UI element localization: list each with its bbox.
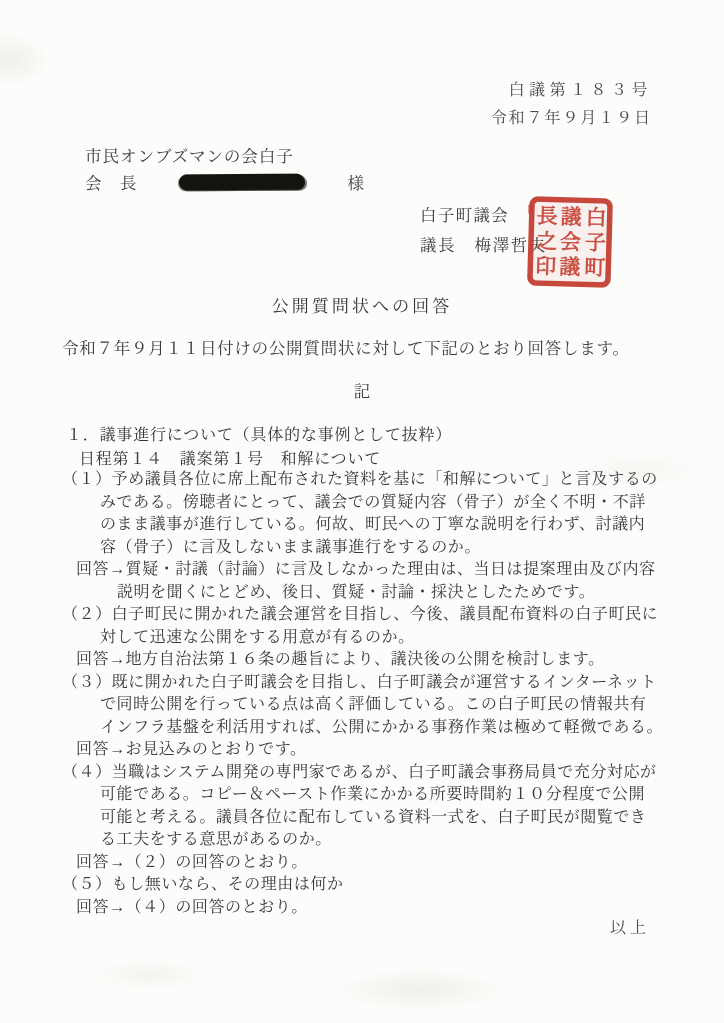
svg-text:議: 議 bbox=[559, 255, 581, 280]
document-number: 白議第１８３号 bbox=[509, 77, 652, 100]
body-line: みである。傍聴者にとって、議会での質疑内容（骨子）が全く不明・不詳 bbox=[0, 492, 724, 515]
body-line: 可能である。コピー＆ペースト作業にかかる所要時間約１０分程度で公開 bbox=[0, 784, 724, 807]
body-line: （４）当職はシステム開発の専門家であるが、白子町議会事務局員で充分対応が bbox=[0, 762, 724, 785]
redacted-name-bar bbox=[179, 174, 305, 191]
recipient-line: 会 長 様 bbox=[85, 170, 365, 194]
document-intro: 令和７年９月１１日付けの公開質問状に対して下記のとおり回答します。 bbox=[62, 335, 630, 359]
body-line: 回答→（２）の回答のとおり。 bbox=[0, 852, 724, 875]
svg-text:之: 之 bbox=[536, 229, 558, 254]
closing-marker: 以上 bbox=[610, 915, 650, 938]
body-line: （２）白子町民に開かれた議会運営を目指し、今後、議員配布資料の白子町民に bbox=[0, 604, 724, 627]
record-marker: 記 bbox=[0, 378, 724, 402]
recipient-title: 会 長 bbox=[85, 170, 137, 194]
body-line: 回答→質疑・討議（討論）に言及しなかった理由は、当日は提案理由及び内容 bbox=[0, 559, 724, 582]
body-line: 回答→地方自治法第１６条の趣旨により、議決後の公開を検討します。 bbox=[0, 649, 724, 672]
official-seal-icon: 白 子 町 議 会 議 長 之 印 bbox=[526, 195, 615, 289]
body-line: インフラ基盤を利活用すれば、公開にかかる事務作業は極めて軽微である。 bbox=[0, 717, 724, 740]
body-line: のまま議事が進行している。何故、町民への丁寧な説明を行わず、討議内 bbox=[0, 514, 724, 537]
body-line: 可能と考える。議員各位に配布している資料一式を、白子町民が閲覧でき bbox=[0, 807, 724, 830]
body-line: 容（骨子）に言及しないまま議事進行をするのか。 bbox=[0, 537, 724, 560]
body-line: 説明を聞くにとどめ、後日、質疑・討論・採決としたためです。 bbox=[0, 582, 724, 605]
recipient-honorific: 様 bbox=[347, 170, 365, 194]
body-line: る工夫をする意思があるのか。 bbox=[0, 829, 724, 852]
svg-text:子: 子 bbox=[585, 230, 607, 255]
svg-text:印: 印 bbox=[535, 254, 557, 279]
svg-text:議: 議 bbox=[560, 205, 582, 230]
svg-text:会: 会 bbox=[560, 230, 582, 255]
body-text: （１）予め議員各位に席上配布された資料を基に「和解について」と言及するの みであ… bbox=[0, 469, 724, 919]
body-line: 回答→お見込みのとおりです。 bbox=[0, 739, 724, 762]
body-line: （５）もし無いなら、その理由は何か bbox=[0, 874, 724, 897]
subsection-heading: 日程第１４ 議案第１号 和解について bbox=[79, 446, 381, 469]
sender-organization: 白子町議会 bbox=[420, 202, 509, 226]
body-line: 対して迅速な公開をする用意が有るのか。 bbox=[0, 627, 724, 650]
section-heading: １．議事進行について（具体的な事例として抜粋） bbox=[66, 422, 452, 445]
svg-text:長: 長 bbox=[536, 204, 558, 229]
document-date: 令和７年９月１９日 bbox=[491, 105, 652, 128]
body-line: で同時公開を行っている点は高く評価している。この白子町民の情報共有 bbox=[0, 694, 724, 717]
document-title: 公開質問状への回答 bbox=[0, 292, 724, 317]
body-line: （３）既に開かれた白子町議会を目指し、白子町議会が運営するインターネット bbox=[0, 672, 724, 695]
svg-text:町: 町 bbox=[584, 255, 606, 280]
seal-glyph: 白 bbox=[585, 205, 607, 230]
body-line: （１）予め議員各位に席上配布された資料を基に「和解について」と言及するの bbox=[0, 469, 724, 492]
recipient-organization: 市民オンブズマンの会白子 bbox=[85, 143, 294, 167]
